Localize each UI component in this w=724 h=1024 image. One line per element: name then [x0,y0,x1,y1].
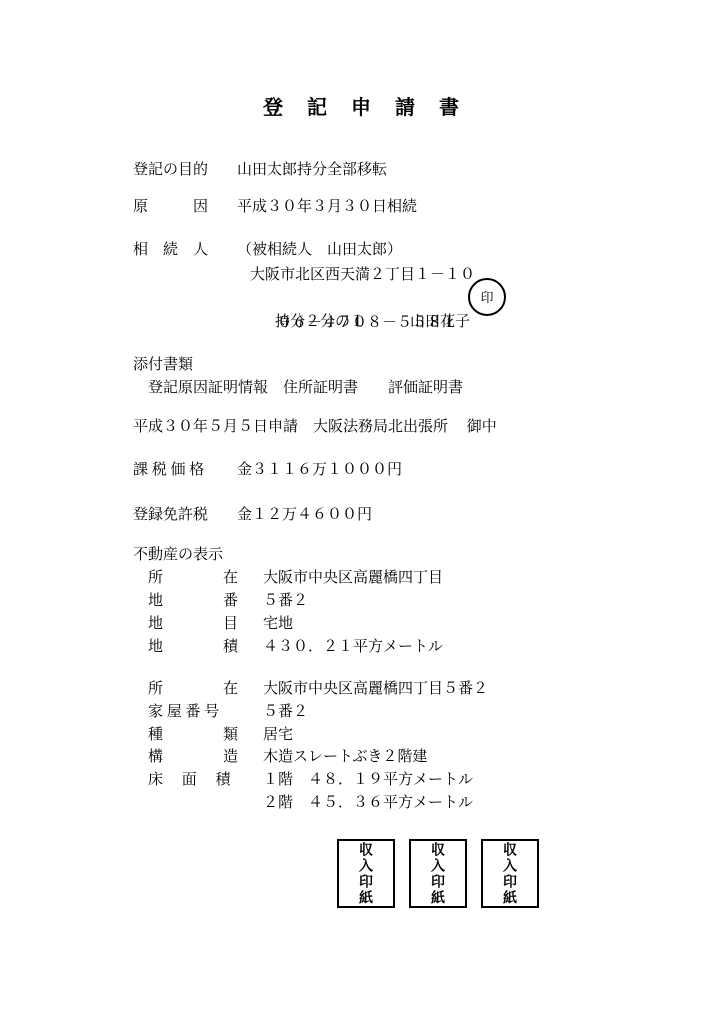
field-row-license-tax: 登録免許税 金１２万４６００円 [133,504,372,527]
tax-price-value: 金３１１６万１０００円 [237,459,402,482]
land-category-label: 地 目 [148,613,263,636]
building-structure-row: 構 造 木造スレートぶき２階建 [148,746,427,769]
revenue-stamp-label: 収入印紙 [359,842,373,906]
cause-value: 平成３０年３月３０日相続 [237,196,417,219]
cause-label: 原 因 [133,196,237,219]
building-location-label: 所 在 [148,678,263,701]
land-location-value: 大阪市中央区高麗橋四丁目 [263,567,443,590]
building-house-number-value: ５番２ [263,701,308,724]
heir-label: 相 続 人 [133,239,237,262]
land-lot-number-value: ５番２ [263,590,308,613]
attachments-items: 登記原因証明情報 住所証明書 評価証明書 [148,377,463,400]
land-area-value: ４３０．２１平方メートル [263,636,443,659]
building-floor-area-label: 床 面 積 [148,769,263,814]
building-structure-value: 木造スレートぶき２階建 [263,746,427,769]
revenue-stamp-label: 収入印紙 [503,842,517,906]
document-page: 登 記 申 請 書 登記の目的 山田太郎持分全部移転 原 因 平成３０年３月３０… [0,0,724,1024]
land-location-label: 所 在 [148,567,263,590]
heir-address: 大阪市北区西天満２丁目１－１０ [250,264,475,287]
land-location-row: 所 在 大阪市中央区高麗橋四丁目 [148,567,443,590]
heir-decedent-note: （被相続人 山田太郎） [237,239,402,262]
field-row-purpose: 登記の目的 山田太郎持分全部移転 [133,159,387,182]
building-structure-label: 構 造 [148,746,263,769]
purpose-value: 山田太郎持分全部移転 [237,159,387,182]
property-heading: 不動産の表示 [133,544,223,567]
purpose-label: 登記の目的 [133,159,237,182]
heir-phone: ０６－４７０８－５５８１ [277,312,457,335]
building-house-number-row: 家 屋 番 号 ５番２ [148,701,308,724]
revenue-stamp-box: 収入印紙 [409,839,467,908]
building-location-value: 大阪市中央区高麗橋四丁目５番２ [263,678,488,701]
revenue-stamp-label: 収入印紙 [431,842,445,906]
building-house-number-label: 家 屋 番 号 [148,701,263,724]
document-title: 登 記 申 請 書 [0,96,724,120]
seal-text: 印 [480,291,493,304]
license-tax-label: 登録免許税 [133,504,237,527]
revenue-stamp-box: 収入印紙 [337,839,395,908]
application-date-line: 平成３０年５月５日申請 大阪法務局北出張所 御中 [133,416,497,439]
building-type-row: 種 類 居宅 [148,724,293,747]
seal-circle: 印 [468,278,506,316]
building-floor-area-value: １階 ４８．１９平方メートル ２階 ４５．３６平方メートル [263,769,473,814]
building-type-value: 居宅 [263,724,293,747]
land-area-row: 地 積 ４３０．２１平方メートル [148,636,443,659]
revenue-stamp-box: 収入印紙 [481,839,539,908]
land-lot-number-label: 地 番 [148,590,263,613]
field-row-heir: 相 続 人 （被相続人 山田太郎） [133,239,402,262]
building-type-label: 種 類 [148,724,263,747]
building-floor-area-row: 床 面 積 １階 ４８．１９平方メートル ２階 ４５．３６平方メートル [148,769,473,814]
building-location-row: 所 在 大阪市中央区高麗橋四丁目５番２ [148,678,488,701]
land-category-value: 宅地 [263,613,293,636]
land-area-label: 地 積 [148,636,263,659]
land-lot-number-row: 地 番 ５番２ [148,590,308,613]
field-row-cause: 原 因 平成３０年３月３０日相続 [133,196,417,219]
attachments-heading: 添付書類 [133,354,193,377]
land-category-row: 地 目 宅地 [148,613,293,636]
field-row-tax-price: 課 税 価 格 金３１１６万１０００円 [133,459,402,482]
tax-price-label: 課 税 価 格 [133,459,237,482]
license-tax-value: 金１２万４６００円 [237,504,372,527]
